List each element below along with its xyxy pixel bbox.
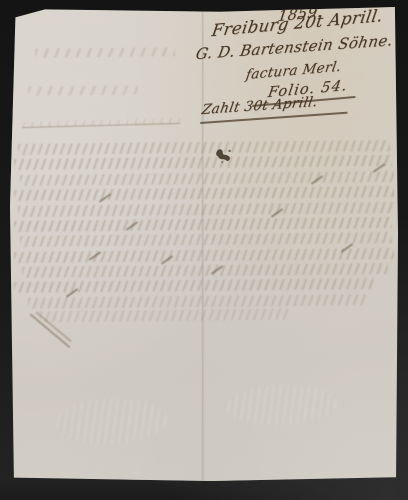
letter-paper: 1859. Freiburg 20t Aprill. G. D. Bartens… [10, 7, 398, 481]
bleedthrough-line [22, 263, 388, 278]
bleedthrough-underline [22, 118, 180, 128]
bleedthrough-line [28, 294, 368, 309]
bleedthrough-line [14, 217, 392, 232]
bleedthrough-line [35, 47, 175, 57]
bleedthrough-line [14, 155, 392, 170]
bleedthrough-line [18, 140, 390, 155]
bleedthrough-line [40, 309, 290, 323]
bleedthrough-line [28, 85, 138, 95]
bleedthrough-line [14, 248, 394, 263]
bleedthrough-line [18, 202, 394, 217]
embossed-seal-mark [54, 396, 168, 446]
bleedthrough-line [14, 278, 374, 293]
embossed-seal-mark [224, 383, 337, 427]
bleedthrough-line [14, 186, 394, 201]
bleedthrough-line [20, 232, 392, 247]
photo-background: 1859. Freiburg 20t Aprill. G. D. Bartens… [0, 0, 408, 500]
bleedthrough-line [20, 171, 394, 186]
